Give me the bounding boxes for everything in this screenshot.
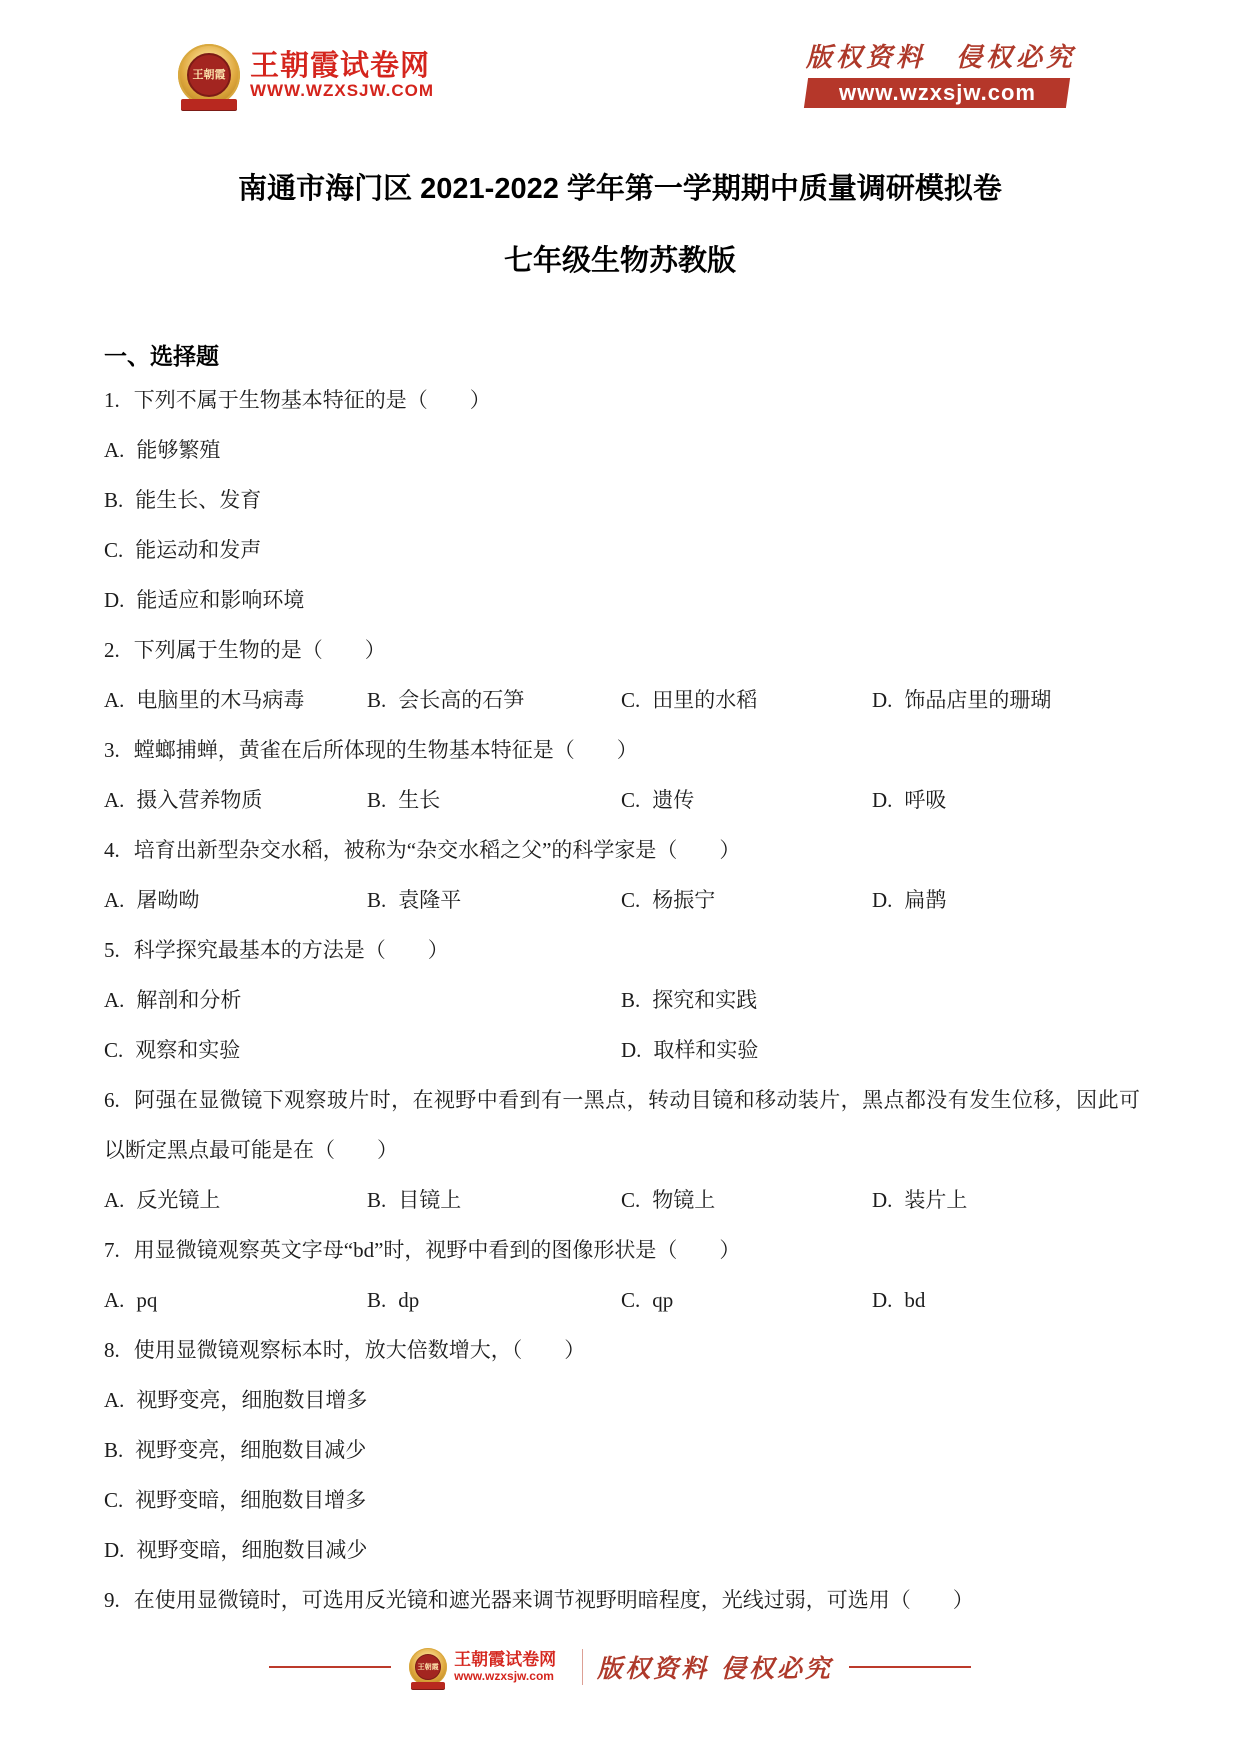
question-8-option-b: B.视野变亮，细胞数目减少 (104, 1425, 1140, 1475)
option-text: 视野变亮，细胞数目减少 (135, 1438, 366, 1462)
option-text: 取样和实验 (653, 1038, 758, 1062)
option-label: A. (104, 1288, 124, 1312)
exam-paper-page: 王朝霞 王朝霞试卷网 WWW.WZXSJW.COM 版权资料 侵权必究 www.… (0, 0, 1240, 1753)
option-label: B. (367, 888, 386, 912)
option-label: B. (621, 988, 640, 1012)
question-text: 阿强在显微镜下观察玻片时，在视野中看到有一黑点，转动目镜和移动装片，黑点都没有发… (104, 1088, 1140, 1162)
option-text: pq (136, 1288, 157, 1312)
question-1-option-a: A.能够繁殖 (104, 425, 1140, 475)
option-text: 田里的水稻 (652, 688, 757, 712)
question-9-stem: 9.在使用显微镜时，可选用反光镜和遮光器来调节视野明暗程度，光线过弱，可选用（ … (104, 1575, 1140, 1625)
option-text: 视野变亮，细胞数目增多 (136, 1388, 367, 1412)
section-heading: 一、选择题 (104, 338, 219, 371)
option-text: 生长 (398, 788, 440, 812)
question-3-options: A.摄入营养物质 B.生长 C.遗传 D.呼吸 (104, 775, 1140, 825)
option-label: D. (104, 588, 124, 612)
question-2-stem: 2.下列属于生物的是（ ） (104, 625, 1140, 675)
option-label: D. (872, 1188, 892, 1212)
question-8-option-a: A.视野变亮，细胞数目增多 (104, 1375, 1140, 1425)
option-text: 能适应和影响环境 (136, 588, 304, 612)
option-c: C.观察和实验 (104, 1025, 621, 1075)
option-b: B.袁隆平 (367, 875, 621, 925)
option-text: 能生长、发育 (135, 488, 261, 512)
option-label: A. (104, 438, 124, 462)
option-label: B. (367, 1288, 386, 1312)
option-label: B. (367, 788, 386, 812)
question-number: 1. (104, 388, 120, 412)
question-number: 4. (104, 838, 120, 862)
doc-title: 南通市海门区 2021-2022 学年第一学期期中质量调研模拟卷 (0, 166, 1240, 207)
site-name: 王朝霞试卷网 (250, 51, 434, 81)
option-label: C. (621, 1188, 640, 1212)
question-2-options: A.电脑里的木马病毒 B.会长高的石笋 C.田里的水稻 D.饰品店里的珊瑚 (104, 675, 1140, 725)
option-label: C. (104, 1038, 123, 1062)
option-a: A.pq (104, 1275, 367, 1325)
header-logo: 王朝霞 王朝霞试卷网 WWW.WZXSJW.COM (178, 44, 434, 106)
question-text: 培育出新型杂交水稻，被称为“杂交水稻之父”的科学家是（ ） (134, 838, 741, 862)
option-a: A.屠呦呦 (104, 875, 367, 925)
option-text: 装片上 (904, 1188, 967, 1212)
option-a: A.电脑里的木马病毒 (104, 675, 367, 725)
medal-badge-text: 王朝霞 (415, 1654, 441, 1680)
option-text: 饰品店里的珊瑚 (904, 688, 1051, 712)
footer-rule-left (269, 1666, 391, 1668)
medal-badge-text: 王朝霞 (187, 53, 231, 97)
option-label: D. (872, 688, 892, 712)
option-text: 解剖和分析 (136, 988, 241, 1012)
option-a: A.反光镜上 (104, 1175, 367, 1225)
footer-brand-block: 王朝霞试卷网 www.wzxsjw.com (454, 1651, 556, 1683)
option-a: A.摄入营养物质 (104, 775, 367, 825)
question-number: 8. (104, 1338, 120, 1362)
question-8-option-c: C.视野变暗，细胞数目增多 (104, 1475, 1140, 1525)
footer-rule-right (849, 1666, 971, 1668)
question-number: 3. (104, 738, 120, 762)
doc-subtitle: 七年级生物苏教版 (0, 238, 1240, 279)
option-label: C. (621, 688, 640, 712)
option-d: D.bd (872, 1275, 1140, 1325)
option-d: D.扁鹊 (872, 875, 1140, 925)
option-text: 能运动和发声 (135, 538, 261, 562)
site-name: 王朝霞试卷网 (454, 1651, 556, 1669)
site-url: www.wzxsjw.com (454, 1669, 556, 1683)
question-4-stem: 4.培育出新型杂交水稻，被称为“杂交水稻之父”的科学家是（ ） (104, 825, 1140, 875)
question-number: 5. (104, 938, 120, 962)
option-label: A. (104, 988, 124, 1012)
question-5-options-row1: A.解剖和分析 B.探究和实践 (104, 975, 1140, 1025)
footer-logo: 王朝霞 王朝霞试卷网 www.wzxsjw.com (409, 1648, 556, 1686)
option-label: A. (104, 888, 124, 912)
question-6-stem: 6.阿强在显微镜下观察玻片时，在视野中看到有一黑点，转动目镜和移动装片，黑点都没… (104, 1075, 1140, 1175)
option-label: B. (104, 488, 123, 512)
question-number: 9. (104, 1588, 120, 1612)
question-8-option-d: D.视野变暗，细胞数目减少 (104, 1525, 1140, 1575)
question-7-options: A.pq B.dp C.qp D.bd (104, 1275, 1140, 1325)
question-3-stem: 3.螳螂捕蝉，黄雀在后所体现的生物基本特征是（ ） (104, 725, 1140, 775)
question-number: 6. (104, 1088, 120, 1112)
question-5-options-row2: C.观察和实验 D.取样和实验 (104, 1025, 1140, 1075)
option-text: 遗传 (652, 788, 694, 812)
question-6-options: A.反光镜上 B.目镜上 C.物镜上 D.装片上 (104, 1175, 1140, 1225)
question-5-stem: 5.科学探究最基本的方法是（ ） (104, 925, 1140, 975)
option-c: C.物镜上 (621, 1175, 872, 1225)
option-a: A.解剖和分析 (104, 975, 621, 1025)
option-text: 能够繁殖 (136, 438, 220, 462)
option-text: bd (904, 1288, 925, 1312)
question-text: 用显微镜观察英文字母“bd”时，视野中看到的图像形状是（ ） (134, 1238, 741, 1262)
header-brand-block: 王朝霞试卷网 WWW.WZXSJW.COM (250, 51, 434, 100)
header-copyright-block: 版权资料 侵权必究 www.wzxsjw.com (806, 42, 1068, 108)
banner-url-text: www.wzxsjw.com (839, 80, 1036, 106)
option-text: 袁隆平 (398, 888, 461, 912)
question-1-option-d: D.能适应和影响环境 (104, 575, 1140, 625)
footer-slogan: 版权资料 侵权必究 (597, 1649, 833, 1685)
option-c: C.qp (621, 1275, 872, 1325)
brand-medal-icon: 王朝霞 (178, 44, 240, 106)
question-text: 科学探究最基本的方法是（ ） (134, 938, 449, 962)
option-label: A. (104, 788, 124, 812)
question-7-stem: 7.用显微镜观察英文字母“bd”时，视野中看到的图像形状是（ ） (104, 1225, 1140, 1275)
option-text: dp (398, 1288, 419, 1312)
option-c: C.杨振宁 (621, 875, 872, 925)
url-banner: www.wzxsjw.com (804, 78, 1070, 108)
option-text: 摄入营养物质 (136, 788, 262, 812)
option-label: B. (367, 1188, 386, 1212)
site-url: WWW.WZXSJW.COM (250, 81, 434, 100)
copyright-slogan: 版权资料 侵权必究 (806, 42, 1068, 74)
option-label: C. (621, 788, 640, 812)
option-c: C.田里的水稻 (621, 675, 872, 725)
question-text: 在使用显微镜时，可选用反光镜和遮光器来调节视野明暗程度，光线过弱，可选用（ ） (134, 1588, 974, 1612)
option-label: D. (104, 1538, 124, 1562)
option-label: C. (621, 888, 640, 912)
question-number: 7. (104, 1238, 120, 1262)
option-d: D.呼吸 (872, 775, 1140, 825)
option-text: 观察和实验 (135, 1038, 240, 1062)
option-label: D. (621, 1038, 641, 1062)
option-text: 物镜上 (652, 1188, 715, 1212)
brand-medal-icon: 王朝霞 (409, 1648, 447, 1686)
option-text: 呼吸 (904, 788, 946, 812)
option-label: D. (872, 788, 892, 812)
option-text: 会长高的石笋 (398, 688, 524, 712)
question-number: 2. (104, 638, 120, 662)
option-b: B.探究和实践 (621, 975, 1140, 1025)
question-text: 螳螂捕蝉，黄雀在后所体现的生物基本特征是（ ） (134, 738, 638, 762)
option-label: A. (104, 688, 124, 712)
option-text: 杨振宁 (652, 888, 715, 912)
option-text: qp (652, 1288, 673, 1312)
option-b: B.会长高的石笋 (367, 675, 621, 725)
option-d: D.饰品店里的珊瑚 (872, 675, 1140, 725)
option-label: C. (104, 1488, 123, 1512)
option-label: C. (104, 538, 123, 562)
footer-divider (582, 1649, 583, 1685)
option-text: 反光镜上 (136, 1188, 220, 1212)
option-text: 屠呦呦 (136, 888, 199, 912)
question-8-stem: 8.使用显微镜观察标本时，放大倍数增大，（ ） (104, 1325, 1140, 1375)
option-text: 目镜上 (398, 1188, 461, 1212)
questions-area: 1.下列不属于生物基本特征的是（ ） A.能够繁殖 B.能生长、发育 C.能运动… (104, 375, 1140, 1625)
option-text: 视野变暗，细胞数目增多 (135, 1488, 366, 1512)
option-label: C. (621, 1288, 640, 1312)
option-c: C.遗传 (621, 775, 872, 825)
option-d: D.装片上 (872, 1175, 1140, 1225)
option-label: D. (872, 1288, 892, 1312)
option-label: B. (367, 688, 386, 712)
question-text: 使用显微镜观察标本时，放大倍数增大，（ ） (134, 1338, 586, 1362)
option-label: D. (872, 888, 892, 912)
footer: 王朝霞 王朝霞试卷网 www.wzxsjw.com 版权资料 侵权必究 (0, 1648, 1240, 1686)
question-4-options: A.屠呦呦 B.袁隆平 C.杨振宁 D.扁鹊 (104, 875, 1140, 925)
medal-ribbon-icon (411, 1682, 445, 1689)
question-1-option-b: B.能生长、发育 (104, 475, 1140, 525)
medal-ribbon-icon (181, 99, 237, 110)
option-b: B.生长 (367, 775, 621, 825)
option-b: B.dp (367, 1275, 621, 1325)
option-text: 探究和实践 (652, 988, 757, 1012)
option-d: D.取样和实验 (621, 1025, 1140, 1075)
question-text: 下列属于生物的是（ ） (134, 638, 386, 662)
option-b: B.目镜上 (367, 1175, 621, 1225)
question-text: 下列不属于生物基本特征的是（ ） (134, 388, 491, 412)
option-text: 视野变暗，细胞数目减少 (136, 1538, 367, 1562)
question-1-option-c: C.能运动和发声 (104, 525, 1140, 575)
option-text: 扁鹊 (904, 888, 946, 912)
option-label: A. (104, 1388, 124, 1412)
question-1-stem: 1.下列不属于生物基本特征的是（ ） (104, 375, 1140, 425)
option-label: B. (104, 1438, 123, 1462)
option-label: A. (104, 1188, 124, 1212)
option-text: 电脑里的木马病毒 (136, 688, 304, 712)
